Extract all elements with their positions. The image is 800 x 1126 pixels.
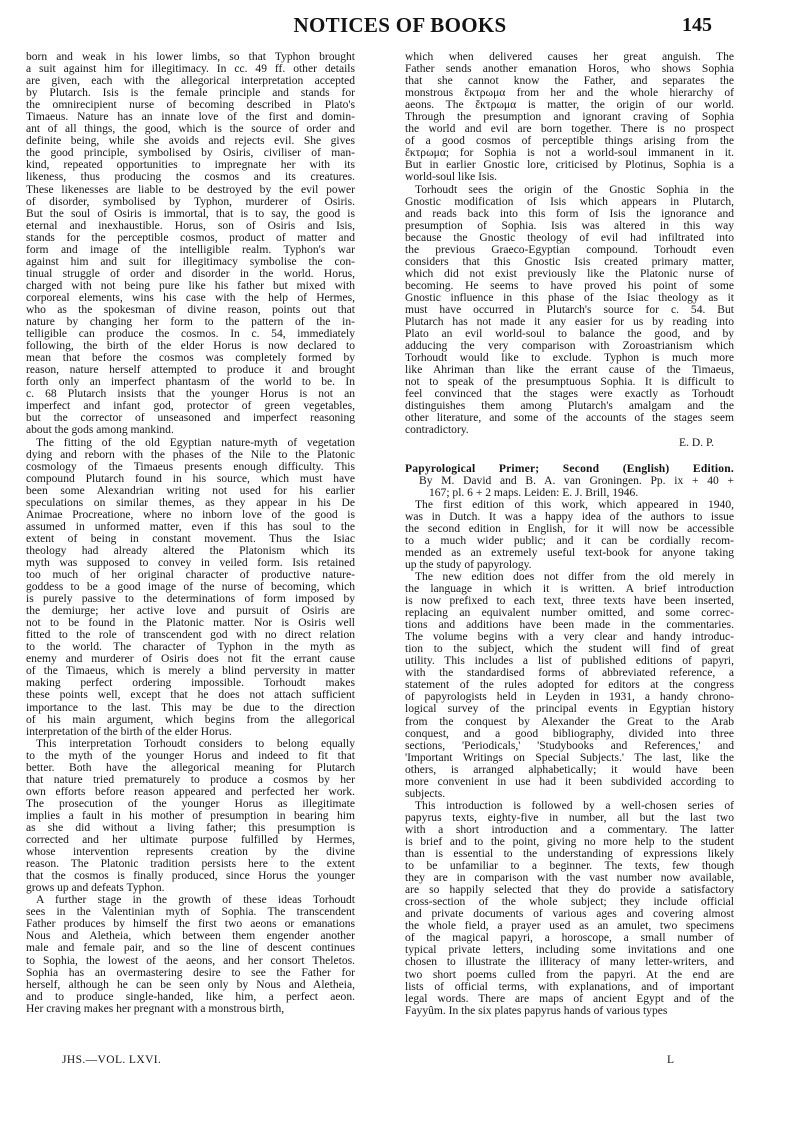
running-title: NOTICES OF BOOKS	[0, 13, 800, 38]
text-line: These likenesses are liable to be destro…	[26, 184, 355, 196]
review-signature: E. D. P.	[405, 437, 734, 449]
text-line: importance to the last. This may be due …	[26, 702, 355, 714]
text-line: which did not exist previously like the …	[405, 268, 734, 280]
text-line: But the soul of Osiris is immortal, that…	[26, 208, 355, 220]
text-line: Through the presumption and ignorant cra…	[405, 111, 734, 123]
text-line: born and weak in his lower limbs, so tha…	[26, 51, 355, 63]
text-line: than is essential to the understanding o…	[405, 848, 734, 860]
text-line: monstrous ἔκτρωμα from her and the whole…	[405, 87, 734, 99]
text-line: adducing the very comparison with Zoroas…	[405, 340, 734, 352]
text-line: Timaeus. Nature has an innate love of th…	[26, 111, 355, 123]
text-line: is brief and to the point, giving no mor…	[405, 836, 734, 848]
text-line: are given, each with the allegorical int…	[26, 75, 355, 87]
text-line: with the standardised forms of abbreviat…	[405, 667, 734, 679]
text-line: the omnirecipient nurse of becoming desc…	[26, 99, 355, 111]
text-line: Her craving makes her pregnant with a mo…	[26, 1003, 355, 1015]
text-line: assumed in unformed matter, even if this…	[26, 521, 355, 533]
text-line: The prosecution of the younger Horus as …	[26, 798, 355, 810]
text-line: the good principle, symbolised by Osiris…	[26, 147, 355, 159]
text-line: these points well, except that he does n…	[26, 689, 355, 701]
text-line: reason, nature herself attempted to prod…	[26, 364, 355, 376]
text-line: which when delivered causes her great an…	[405, 51, 734, 63]
text-line: was in Dutch. It was a happy idea of the…	[405, 511, 734, 523]
text-line: of the magical papyri, a horoscope, a sm…	[405, 932, 734, 944]
text-line: interpretation of the birth of the elder…	[26, 726, 355, 738]
text-line: c. 68 Plutarch insists that the younger …	[26, 388, 355, 400]
text-line: Plutarch has not made it any easier for …	[405, 316, 734, 328]
review-papyrological-primer: The first edition of this work, which ap…	[405, 499, 734, 1017]
text-line: tinual struggle of order and disorder in…	[26, 268, 355, 280]
text-line: mended as an extremely useful text-book …	[405, 547, 734, 559]
text-line: of disorder, symbolised by Typhon, murde…	[26, 196, 355, 208]
text-line: eternal and inexhaustible. Horus, son of…	[26, 220, 355, 232]
review-title: Papyrological Primer; Second (English) E…	[405, 463, 734, 475]
text-line: nature by changing her form to the patte…	[26, 316, 355, 328]
text-line: not to be found in the Platonic matter. …	[26, 617, 355, 629]
text-line: as she did without a living father; this…	[26, 822, 355, 834]
text-line: a suit against him for illegitimacy. In …	[26, 63, 355, 75]
text-line: kind, repeated opportunities to impregna…	[26, 159, 355, 171]
text-line: making perfect ordering impossible. Torh…	[26, 677, 355, 689]
text-line: not to speak of the presumptuous Sophia.…	[405, 376, 734, 388]
text-line: utility. This includes a list of publish…	[405, 655, 734, 667]
text-line: goddess to be a good image of the nurse …	[26, 581, 355, 593]
text-line: chosen to illustrate the illiteracy of m…	[405, 956, 734, 968]
text-line: own efforts before reason appeared and p…	[26, 786, 355, 798]
text-line: they are in comparison with the vast num…	[405, 872, 734, 884]
text-line: statement of the rules adopted for edito…	[405, 679, 734, 691]
text-line: to the world. The character of Typhon in…	[26, 641, 355, 653]
text-line: mean that before the cosmos was complete…	[26, 352, 355, 364]
text-line: corporeal elements, wins his case with t…	[26, 292, 355, 304]
text-line: to the myth of the younger Horus and ind…	[26, 750, 355, 762]
text-line: to be unfamiliar to a beginner. The text…	[405, 860, 734, 872]
text-line: imperfect and infant god, protector of g…	[26, 400, 355, 412]
text-line: Father sends another emanation Horos, wh…	[405, 63, 734, 75]
text-line: charged with not being pure like his fat…	[26, 280, 355, 292]
text-line: that the cosmos is finally produced, sin…	[26, 870, 355, 882]
text-line: form and image of the intelligible realm…	[26, 244, 355, 256]
text-line: the language in which it is written. A b…	[405, 583, 734, 595]
text-line: myth was supposed to convey in veiled fo…	[26, 557, 355, 569]
text-line: like Ahriman than like the errant cause …	[405, 364, 734, 376]
text-line: lists of official terms, with explanatio…	[405, 981, 734, 993]
text-line: is now prefixed to each text, three text…	[405, 595, 734, 607]
text-line: about the gods among mankind.	[26, 424, 355, 436]
text-line: The volume begins with a very clear and …	[405, 631, 734, 643]
text-line: But in earlier Gnostic lore, criticised …	[405, 159, 734, 171]
text-line: telligible can produce the cosmos. In c.…	[26, 328, 355, 340]
text-line: but the corrector of unseasoned and impe…	[26, 412, 355, 424]
text-line: the whole field, a prayer used as an amu…	[405, 920, 734, 932]
text-line: up the study of papyrology.	[405, 559, 734, 571]
right-column: which when delivered causes her great an…	[405, 51, 734, 1017]
text-line: Torhoudt sees the origin of the Gnostic …	[405, 184, 734, 196]
review-torhoudt-continued: which when delivered causes her great an…	[405, 51, 734, 437]
text-line: sections, 'Periodicals,' 'Studybooks and…	[405, 740, 734, 752]
text-line: implies a fault in his mother of presump…	[26, 810, 355, 822]
text-line: following, the birth of the elder Horus …	[26, 340, 355, 352]
text-line: tions and additions have been made in th…	[405, 619, 734, 631]
text-line: male and female pair, and so the line of…	[26, 942, 355, 954]
text-line: contradictory.	[405, 424, 734, 436]
text-line: replacing an equivalent number omitted, …	[405, 607, 734, 619]
text-line: tion to the subject, which the student w…	[405, 643, 734, 655]
text-line: fitted to the role of transcendent god w…	[26, 629, 355, 641]
text-line: of the Timaeus, which is merely a blind …	[26, 665, 355, 677]
text-line: legal words. There are maps of ancient E…	[405, 993, 734, 1005]
text-line: more convenient in use had it been subdi…	[405, 776, 734, 788]
text-line: the demiurge; her active love and pursui…	[26, 605, 355, 617]
text-line: ant of all things, the good, which is th…	[26, 123, 355, 135]
text-line: world-soul like Isis.	[405, 171, 734, 183]
text-line: likeness, thus producing the cosmos and …	[26, 171, 355, 183]
page-header: NOTICES OF BOOKS 145	[0, 0, 800, 40]
text-line: definite being, while she avoids and rej…	[26, 135, 355, 147]
text-line: The new edition does not differ from the…	[405, 571, 734, 583]
text-line: been some Alexandrian writing not used f…	[26, 485, 355, 497]
text-line: conquest, and a good bibliography, divid…	[405, 728, 734, 740]
text-line: is purely passive to the determinations …	[26, 593, 355, 605]
text-line: cross-section of the whole subject; they…	[405, 896, 734, 908]
text-line: aeons. The ἔκτρωμα is matter, the origin…	[405, 99, 734, 111]
text-line: other literature, and some of the accoun…	[405, 412, 734, 424]
text-line: who as the spokesman of divine reason, p…	[26, 304, 355, 316]
text-line: others, is arranged alphabetically; it w…	[405, 764, 734, 776]
text-line: Torhoudt would like to exclude. Typhon i…	[405, 352, 734, 364]
text-line: papyrus texts, eighty-five in number, al…	[405, 812, 734, 824]
text-line: typical private letters, including some …	[405, 944, 734, 956]
text-line: compound Plutarch found in his source, w…	[26, 473, 355, 485]
signature-mark: L	[667, 1054, 674, 1066]
text-line: the previous Graeco-Egyptian compound. T…	[405, 244, 734, 256]
text-line: of papyrologists held in Leyden in 1931,…	[405, 691, 734, 703]
text-line: grows up and defeats Typhon.	[26, 882, 355, 894]
text-line: enemy and murderer of Osiris does not fi…	[26, 653, 355, 665]
text-line: from the conquest by Alexander the Great…	[405, 716, 734, 728]
text-line: of a good cosmos of perceptible things a…	[405, 135, 734, 147]
text-line: reason. The Platonic tradition persists …	[26, 858, 355, 870]
text-line: Fayyûm. In the six plates papyrus hands …	[405, 1005, 734, 1017]
text-line: whose intervention represents creation b…	[26, 846, 355, 858]
review-byline: By M. David and B. A. van Groningen. Pp.…	[405, 475, 734, 487]
text-line: against him and suit for illegitimacy sy…	[26, 256, 355, 268]
text-line: This interpretation Torhoudt considers t…	[26, 738, 355, 750]
text-line: feel convinced that the stages were exac…	[405, 388, 734, 400]
text-line: Sophia has an overmastering desire to se…	[26, 967, 355, 979]
text-line: The fitting of the old Egyptian nature-m…	[26, 437, 355, 449]
text-line: considers that this Gnostic Isis created…	[405, 256, 734, 268]
text-line: theology had already altered the Platoni…	[26, 545, 355, 557]
text-line: logical survey of the principal events i…	[405, 703, 734, 715]
left-column: born and weak in his lower limbs, so tha…	[26, 51, 355, 1015]
text-line: A further stage in the growth of these i…	[26, 894, 355, 906]
text-line: The first edition of this work, which ap…	[405, 499, 734, 511]
text-line: forth only an imperfect phantasm of the …	[26, 376, 355, 388]
text-line: distinguishes them among Plutarch's amal…	[405, 400, 734, 412]
text-line: must have occurred in Plutarch's source …	[405, 304, 734, 316]
text-line: Father produces by himself the first two…	[26, 918, 355, 930]
page-number: 145	[682, 14, 712, 37]
text-line: and to produce single-handed, like him, …	[26, 991, 355, 1003]
text-line: with a short introduction and a commenta…	[405, 824, 734, 836]
text-line: presumption of Sophia. Isis was altered …	[405, 220, 734, 232]
review-publication-details: 167; pl. 6 + 2 maps. Leiden: E. J. Brill…	[405, 487, 734, 499]
text-line: sees in the Valentinian myth of Sophia. …	[26, 906, 355, 918]
text-line: speculations on similar themes, as they …	[26, 497, 355, 509]
text-line: Plato an evil world-soul to balance the …	[405, 328, 734, 340]
text-line: two short poems culled from the papyri. …	[405, 969, 734, 981]
text-line: 'Important Writings on Special Subjects.…	[405, 752, 734, 764]
text-line: subjects.	[405, 788, 734, 800]
text-line: and reads back into this form of Isis th…	[405, 208, 734, 220]
text-line: that she cannot know the Father, and sep…	[405, 75, 734, 87]
section-gap	[405, 449, 734, 463]
text-line: Gnostic influence in this phase of the I…	[405, 292, 734, 304]
text-line: the world and evil are born together. Th…	[405, 123, 734, 135]
text-line: extent of being in constant movement. Th…	[26, 533, 355, 545]
text-line: too much of her original character of pr…	[26, 569, 355, 581]
text-line: ἔκτρωμα; for Sophia is not a world-soul …	[405, 147, 734, 159]
text-line: and private documents of various ages an…	[405, 908, 734, 920]
text-line: herself, although he can be seen only by…	[26, 979, 355, 991]
text-line: Nous and Aletheia, which between them en…	[26, 930, 355, 942]
text-line: the second edition in English, for it wi…	[405, 523, 734, 535]
text-line: corrected and her ultimate purpose fulfi…	[26, 834, 355, 846]
text-line: to Sophia, the lowest of the aeons, and …	[26, 955, 355, 967]
text-line: of his main argument, which begins from …	[26, 714, 355, 726]
journal-volume-footer: JHS.—VOL. LXVI.	[62, 1054, 161, 1066]
text-line: better. Both have the allegorical meanin…	[26, 762, 355, 774]
text-line: Animae Procreatione, where no inborn lov…	[26, 509, 355, 521]
text-line: that nature tried prematurely to produce…	[26, 774, 355, 786]
text-line: becoming. He seems to have proved his po…	[405, 280, 734, 292]
text-line: by Plutarch. Isis is the female principl…	[26, 87, 355, 99]
text-line: are so happily selected that they do pro…	[405, 884, 734, 896]
text-line: Gnostic modification of Isis which appea…	[405, 196, 734, 208]
text-line: cosmology of the Timaeus presents enough…	[26, 461, 355, 473]
text-line: because the Gnostic theology of evil had…	[405, 232, 734, 244]
text-line: to a much wider public; and it can be co…	[405, 535, 734, 547]
text-line: This introduction is followed by a well-…	[405, 800, 734, 812]
text-line: stands for the perceptible cosmos, produ…	[26, 232, 355, 244]
text-line: dying and reborn with the phases of the …	[26, 449, 355, 461]
